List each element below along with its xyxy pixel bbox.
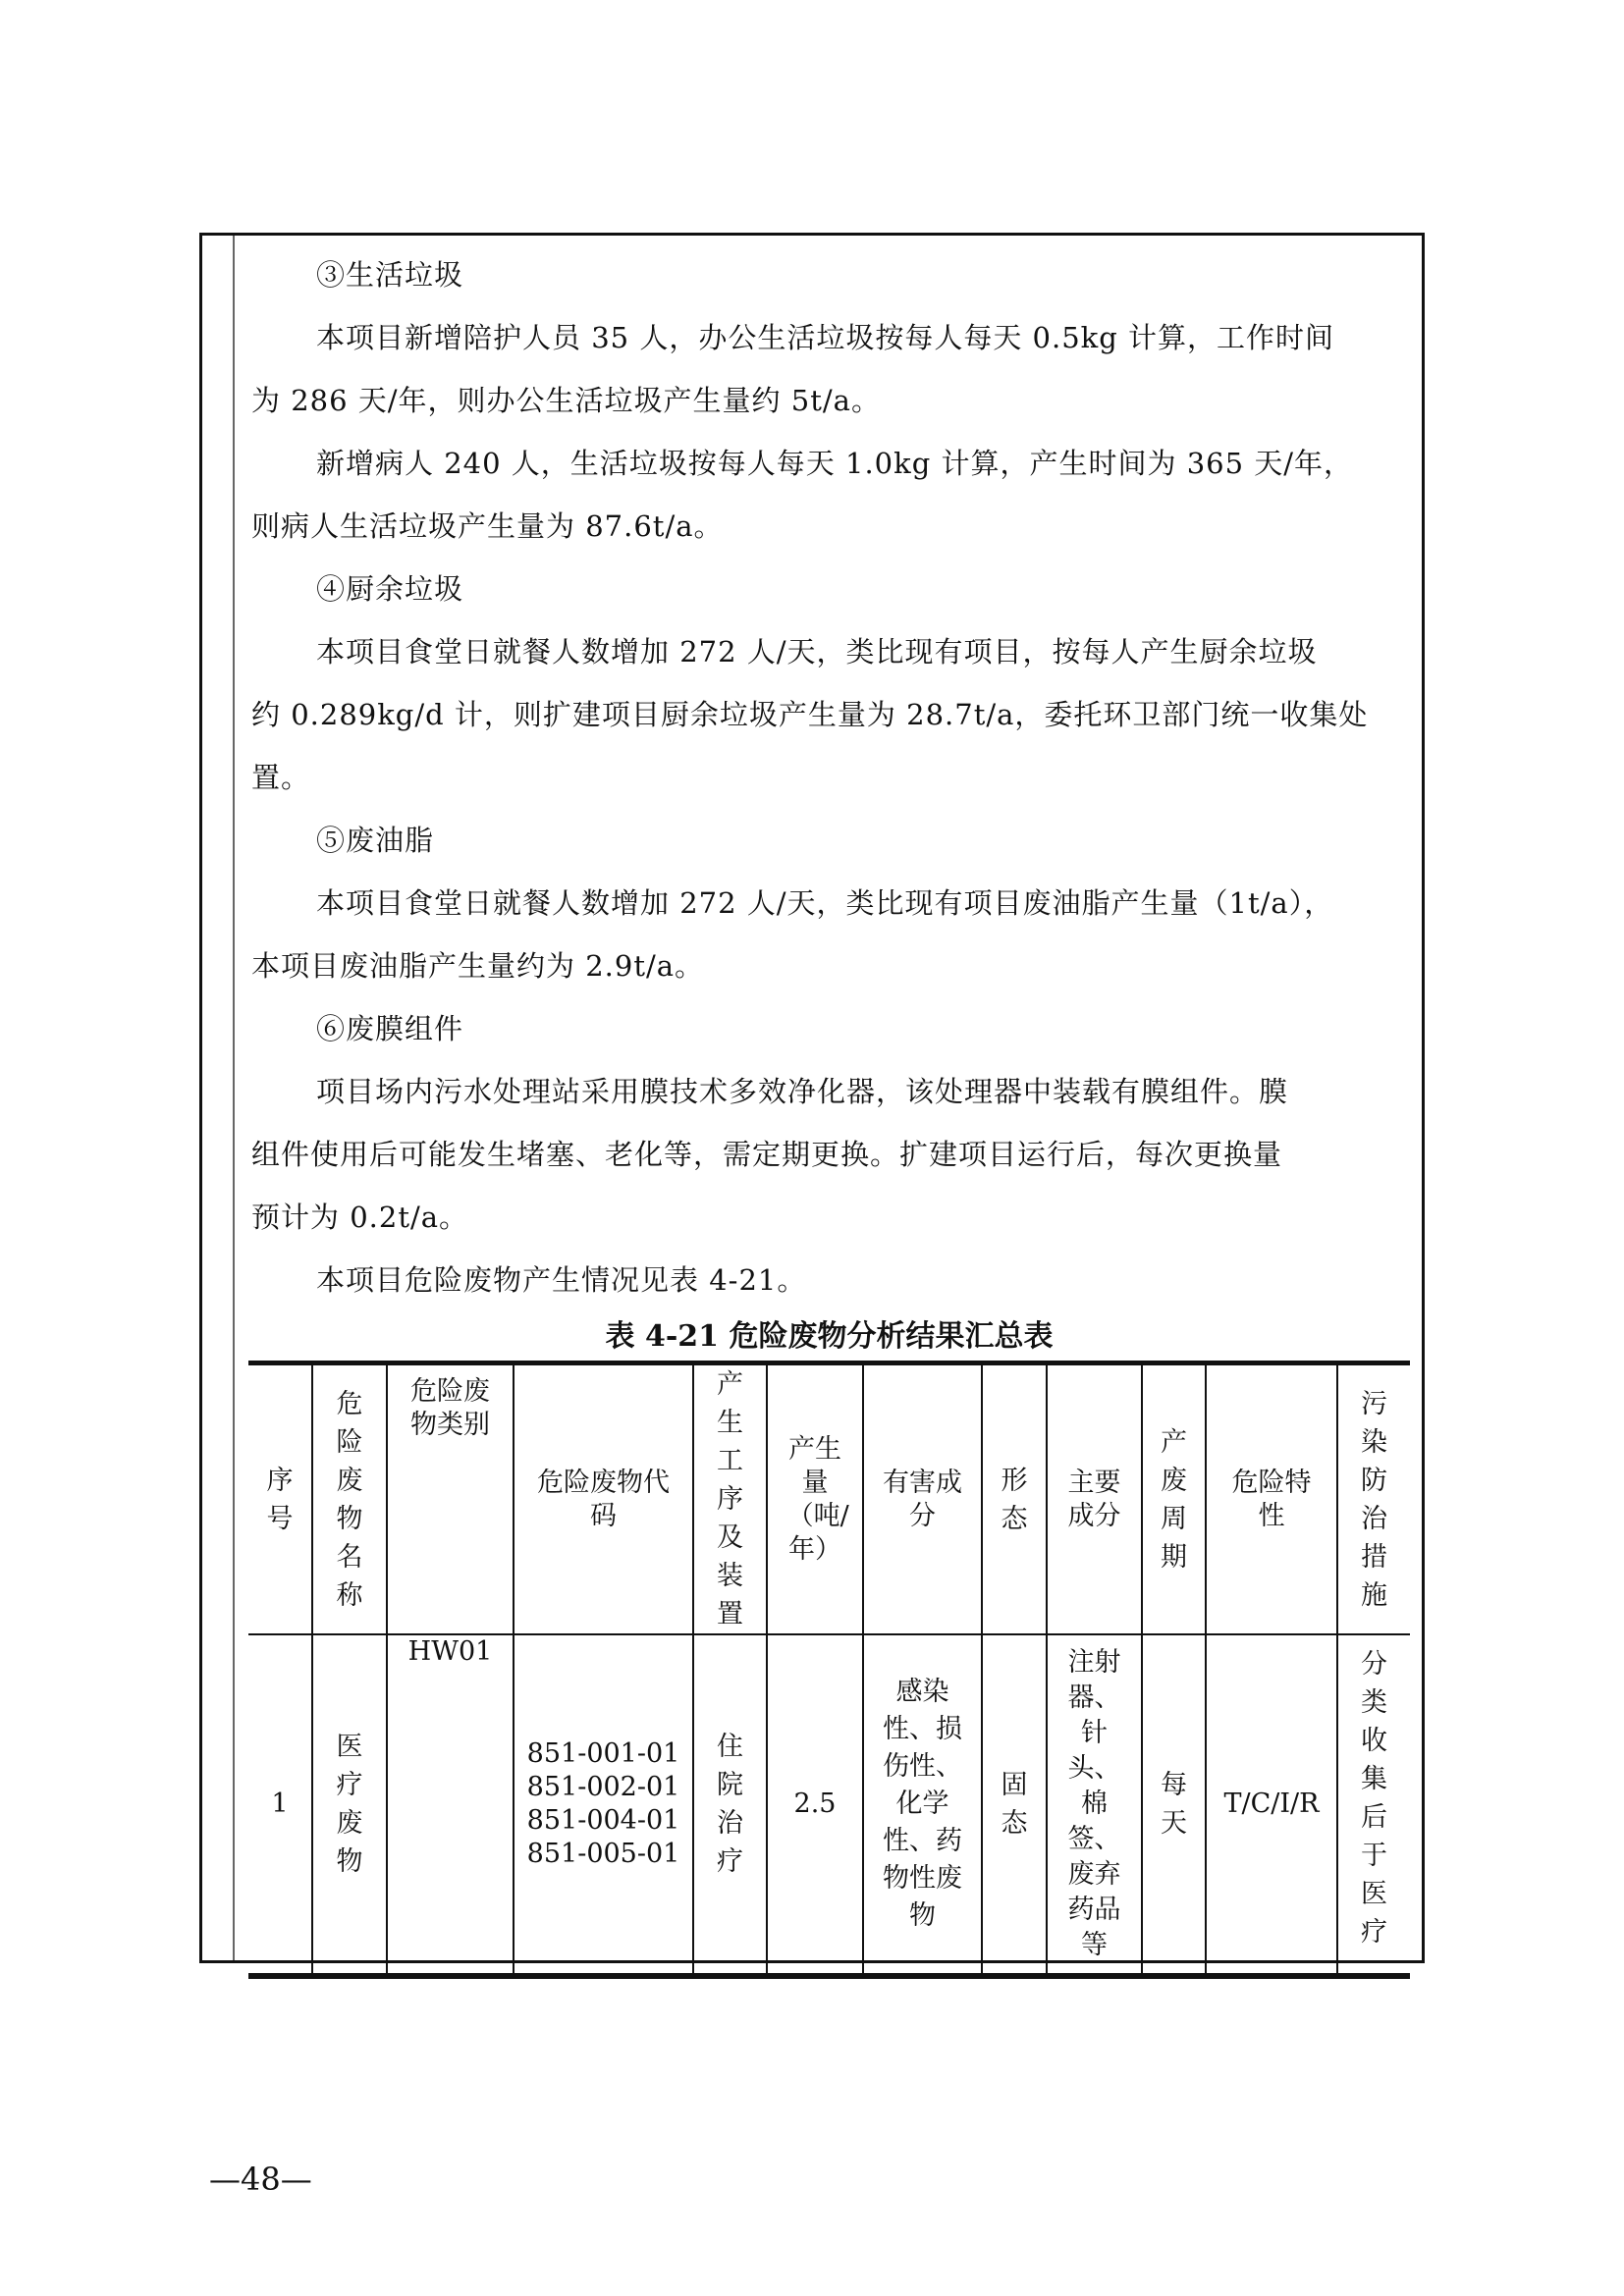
text-line: 新增病人 240 人，生活垃圾按每人每天 1.0kg 计算，产生时间为 365 … [251, 432, 1420, 495]
page-number: —48— [209, 2160, 312, 2199]
text-line: 本项目新增陪护人员 35 人，办公生活垃圾按每人每天 0.5kg 计算，工作时间 [251, 306, 1420, 369]
text-line: 项目场内污水处理站采用膜技术多效净化器，该处理器中装载有膜组件。膜 [251, 1060, 1420, 1123]
cell-form: 固态 [982, 1634, 1047, 1976]
section-waste-membrane: ⑥废膜组件 项目场内污水处理站采用膜技术多效净化器，该处理器中装载有膜组件。膜 … [251, 997, 1420, 1311]
table-title: 表 4-21 危险废物分析结果汇总表 [248, 1315, 1410, 1359]
cell-name: 医疗废物 [312, 1634, 387, 1976]
cell-measures: 分类收集后于医疗 [1337, 1634, 1410, 1976]
text-line: 则病人生活垃圾产生量为 87.6t/a。 [251, 495, 1420, 558]
table-row: 1 医疗废物 HW01 851-001-01 851-002-01 851-00… [248, 1634, 1410, 1976]
section-heading: ⑥废膜组件 [251, 997, 1420, 1060]
section-heading: ③生活垃圾 [251, 243, 1420, 306]
section-heading: ④厨余垃圾 [251, 558, 1420, 620]
text-line: 为 286 天/年，则办公生活垃圾产生量约 5t/a。 [251, 369, 1420, 432]
hazardous-waste-table: 序号 危险废物名称 危险废物类别 危险废物代码 产生工序及装置 产生量（吨/年）… [248, 1361, 1410, 1979]
header-category: 危险废物类别 [387, 1363, 514, 1635]
text-line: 本项目危险废物产生情况见表 4-21。 [251, 1249, 1420, 1311]
cell-process: 住院治疗 [693, 1634, 767, 1976]
text-line: 约 0.289kg/d 计，则扩建项目厨余垃圾产生量为 28.7t/a，委托环卫… [251, 683, 1420, 746]
section-waste-oil: ⑤废油脂 本项目食堂日就餐人数增加 272 人/天，类比现有项目废油脂产生量（1… [251, 809, 1420, 997]
header-harmful: 有害成分 [863, 1363, 982, 1635]
cell-harmful: 感染性、损伤性、化学性、药物性废物 [863, 1634, 982, 1976]
header-no: 序号 [248, 1363, 312, 1635]
section-heading: ⑤废油脂 [251, 809, 1420, 872]
cell-cycle: 每天 [1142, 1634, 1206, 1976]
cell-codes: 851-001-01 851-002-01 851-004-01 851-005… [514, 1634, 693, 1976]
cell-amount: 2.5 [767, 1634, 863, 1976]
header-process: 产生工序及装置 [693, 1363, 767, 1635]
frame-divider [233, 236, 235, 1960]
cell-main-components: 注射器、针头、棉签、废弃药品等 [1047, 1634, 1142, 1976]
header-amount: 产生量（吨/年） [767, 1363, 863, 1635]
text-line: 预计为 0.2t/a。 [251, 1186, 1420, 1249]
header-cycle: 产废周期 [1142, 1363, 1206, 1635]
text-line: 置。 [251, 746, 1420, 809]
header-hazard: 危险特性 [1206, 1363, 1337, 1635]
section-domestic-waste: ③生活垃圾 本项目新增陪护人员 35 人，办公生活垃圾按每人每天 0.5kg 计… [251, 243, 1420, 558]
header-code: 危险废物代码 [514, 1363, 693, 1635]
header-form: 形态 [982, 1363, 1047, 1635]
cell-no: 1 [248, 1634, 312, 1976]
text-line: 本项目食堂日就餐人数增加 272 人/天，类比现有项目废油脂产生量（1t/a）， [251, 872, 1420, 934]
header-measures: 污染防治措施 [1337, 1363, 1410, 1635]
text-line: 组件使用后可能发生堵塞、老化等，需定期更换。扩建项目运行后，每次更换量 [251, 1123, 1420, 1186]
text-line: 本项目废油脂产生量约为 2.9t/a。 [251, 934, 1420, 997]
cell-category: HW01 [387, 1634, 514, 1976]
text-line: 本项目食堂日就餐人数增加 272 人/天，类比现有项目，按每人产生厨余垃圾 [251, 620, 1420, 683]
table-header-row: 序号 危险废物名称 危险废物类别 危险废物代码 产生工序及装置 产生量（吨/年）… [248, 1363, 1410, 1635]
section-kitchen-waste: ④厨余垃圾 本项目食堂日就餐人数增加 272 人/天，类比现有项目，按每人产生厨… [251, 558, 1420, 809]
cell-hazard: T/C/I/R [1206, 1634, 1337, 1976]
header-main-components: 主要成分 [1047, 1363, 1142, 1635]
header-name: 危险废物名称 [312, 1363, 387, 1635]
